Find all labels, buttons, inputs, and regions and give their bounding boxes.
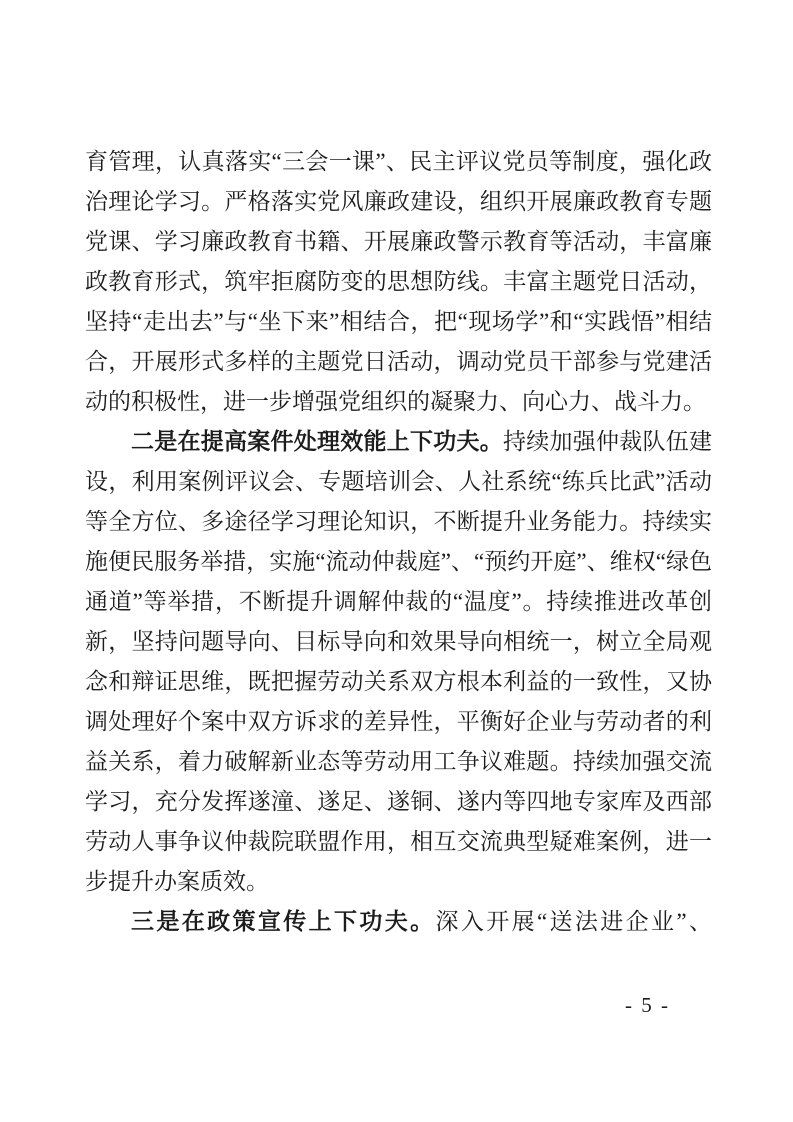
paragraph-lead: 二是在提高案件处理效能上下功夫。 (131, 429, 503, 454)
page-number: - 5 - (625, 994, 670, 1016)
paragraph-lead: 三是在政策宣传上下功夫。 (131, 909, 435, 934)
document-body: 育管理，认真落实“三会一课”、民主评议党员等制度，强化政治理论学习。严格落实党风… (85, 142, 712, 942)
paragraph: 育管理，认真落实“三会一课”、民主评议党员等制度，强化政治理论学习。严格落实党风… (85, 142, 712, 422)
paragraph: 三是在政策宣传上下功夫。深入开展“送法进企业”、 (85, 902, 712, 942)
paragraph: 二是在提高案件处理效能上下功夫。持续加强仲裁队伍建设，利用案例评议会、专题培训会… (85, 422, 712, 902)
paragraph-run: 持续加强仲裁队伍建设，利用案例评议会、专题培训会、人社系统“练兵比武”活动等全方… (85, 429, 712, 894)
paragraph-run: 育管理，认真落实“三会一课”、民主评议党员等制度，强化政治理论学习。严格落实党风… (85, 149, 712, 414)
document-page: 育管理，认真落实“三会一课”、民主评议党员等制度，强化政治理论学习。严格落实党风… (0, 0, 793, 1122)
paragraph-run: 深入开展“送法进企业”、 (435, 909, 712, 934)
